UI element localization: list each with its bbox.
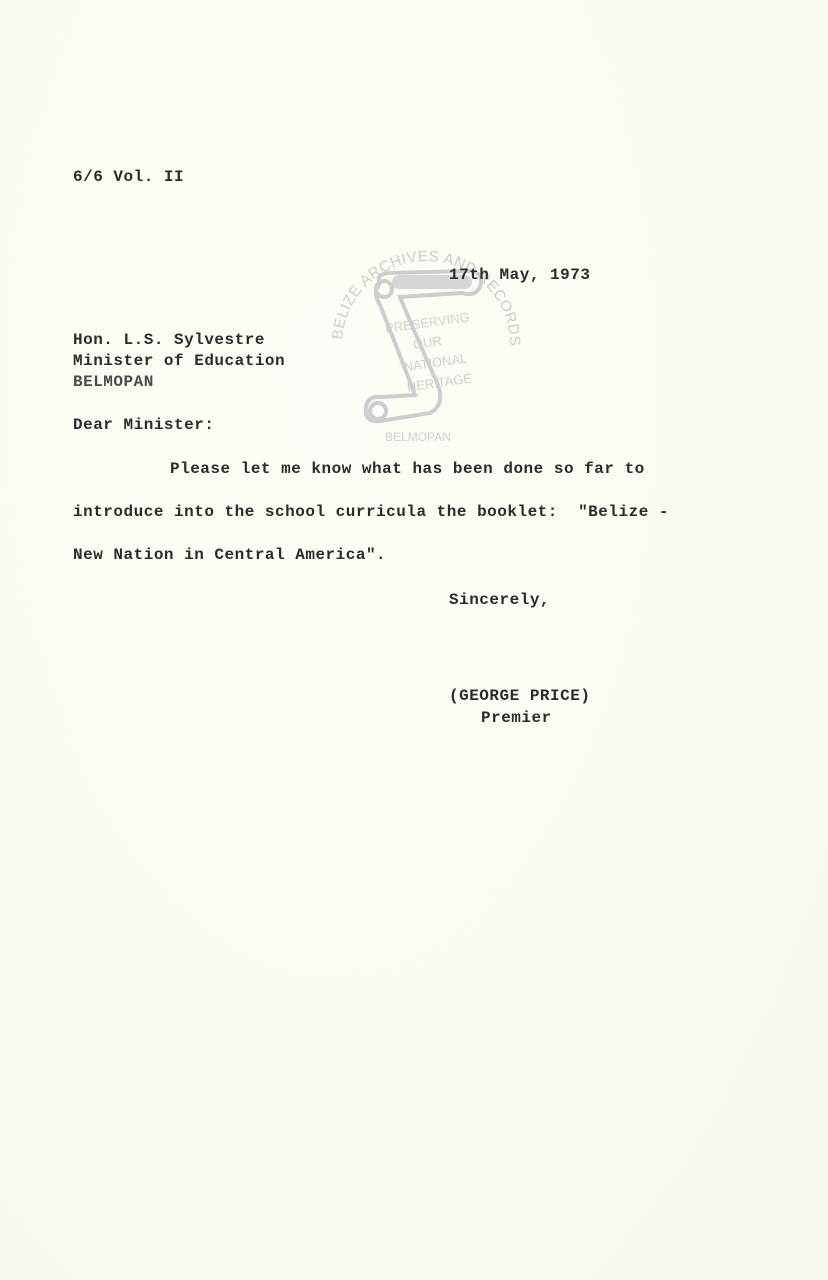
body-line: New Nation in Central America".	[73, 546, 386, 564]
svg-text:OUR: OUR	[412, 333, 443, 352]
body-line: Please let me know what has been done so…	[170, 460, 645, 478]
salutation: Dear Minister:	[73, 416, 214, 434]
signatory-name: (GEORGE PRICE)	[449, 687, 590, 705]
body-line: introduce into the school curricula the …	[73, 503, 669, 521]
svg-text:HERITAGE: HERITAGE	[406, 371, 473, 395]
closing: Sincerely,	[449, 591, 550, 609]
file-reference: 6/6 Vol. II	[73, 168, 184, 186]
recipient-name: Hon. L.S. Sylvestre	[73, 331, 265, 349]
letter-date: 17th May, 1973	[449, 266, 590, 284]
recipient-location: BELMOPAN	[73, 373, 154, 391]
letter-page: BELIZE ARCHIVES AND RECORDS SERVICE PRES…	[0, 0, 828, 1280]
svg-text:NATIONAL: NATIONAL	[403, 351, 469, 375]
signatory-title: Premier	[481, 709, 552, 727]
svg-text:PRESERVING: PRESERVING	[384, 309, 470, 336]
svg-text:BELMOPAN: BELMOPAN	[385, 430, 451, 444]
recipient-title: Minister of Education	[73, 352, 285, 370]
svg-text:BELIZE ARCHIVES AND RECORDS SE: BELIZE ARCHIVES AND RECORDS SERVICE	[320, 235, 523, 347]
